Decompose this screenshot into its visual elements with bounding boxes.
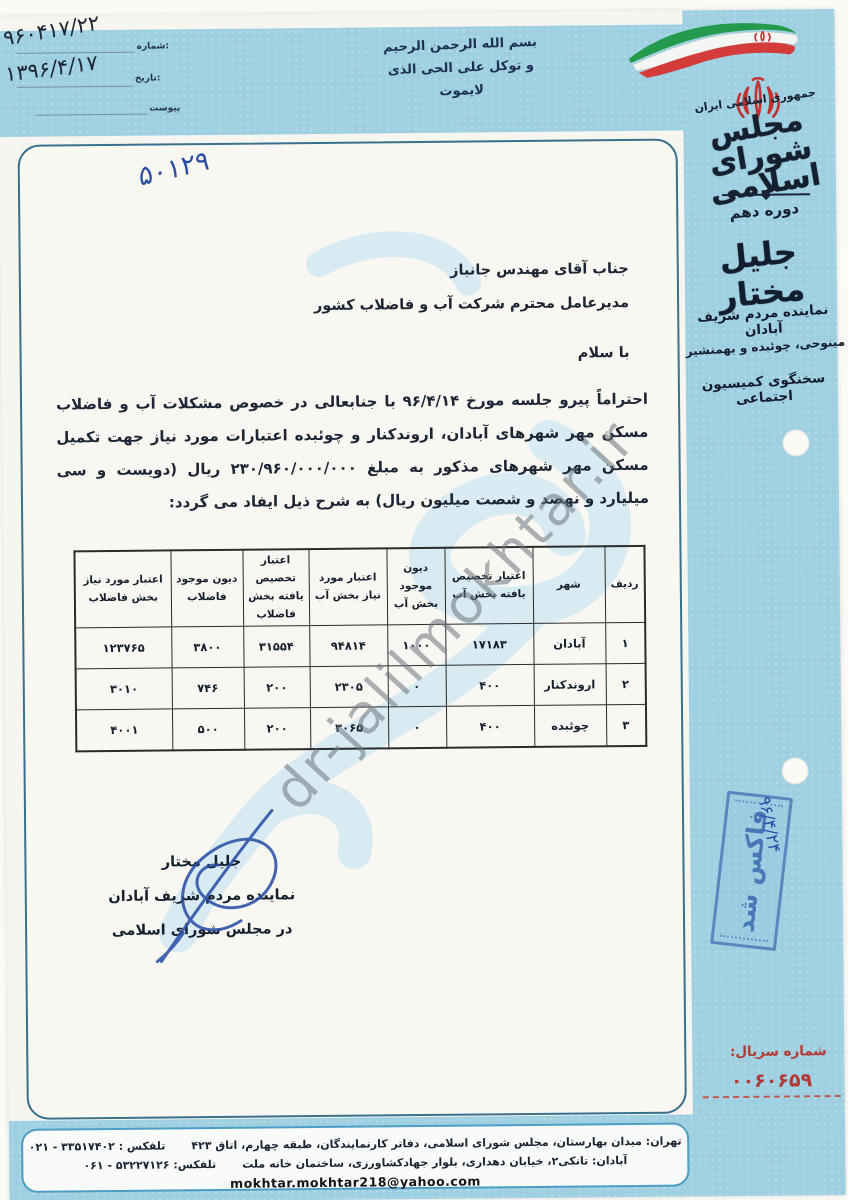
date-field-label: تاریخ:: [135, 73, 161, 83]
table-header-cell: اعتبار مورد نیاز بخش آب: [308, 548, 387, 626]
number-field-label: شماره:: [137, 41, 169, 51]
table-header-cell: اعتبار تخصیص یافته بخش فاضلاب: [242, 549, 309, 627]
table-header-cell: اعتبار مورد نیاز بخش فاضلاب: [74, 550, 171, 628]
table-cell: آبادان: [533, 623, 605, 665]
table-cell: ۰: [388, 666, 446, 708]
bismillah-line2: و توکل علی الحی الذی لایموت: [369, 54, 553, 106]
table-row: ۲اروندکنار۴۰۰۰۲۳۰۵۲۰۰۷۴۶۳۰۱۰: [76, 664, 646, 710]
table-header-cell: دیون موجود فاضلاب: [170, 550, 243, 628]
letterhead-paper: ۹۶۰۴۱۷/۲۲ شماره: ۱۳۹۶/۴/۱۷ تاریخ: پیوست …: [0, 9, 846, 1200]
abadan-fax: تلفکس: ۵۳۲۲۷۱۲۶ - ۰۶۱: [83, 1155, 216, 1176]
table-cell: ۰: [388, 707, 446, 749]
stamp-ornament-bottom: [720, 935, 768, 942]
table-header-cell: ردیف: [604, 546, 645, 623]
table-cell: ۵۰۰: [172, 709, 244, 751]
table-cell: ۲: [606, 664, 646, 705]
credits-table-body: ۱آبادان۱۷۱۸۳۱۰۰۰۹۴۸۱۴۳۱۵۵۴۳۸۰۰۱۲۳۷۶۵۲ارو…: [75, 623, 646, 751]
handwritten-incoming-number: ۵۰۱۲۹: [137, 145, 211, 193]
tehran-fax: تلفکس : ۳۳۵۱۷۴۰۲ - ۰۲۱: [29, 1136, 166, 1157]
table-cell: ۲۳۰۵: [310, 666, 388, 708]
signature-block: جلیل مختار نماینده مردم شریف آبادان در م…: [82, 844, 321, 948]
letter-body-paragraph: احتراماً پیرو جلسه مورخ ۹۶/۴/۱۴ با جنابع…: [56, 383, 649, 521]
table-cell: ۴۰۰۱: [76, 709, 172, 751]
table-cell: ۲۰۰: [244, 667, 310, 709]
punch-hole-bottom: [781, 757, 808, 784]
table-row: ۳چوئبده۴۰۰۰۳۰۶۵۲۰۰۵۰۰۴۰۰۱: [76, 705, 646, 751]
signature-name: جلیل مختار: [82, 844, 320, 880]
addressee-line1: جناب آقای مهندس جانباز: [450, 261, 629, 279]
table-cell: ۱۷۱۸۳: [445, 624, 533, 666]
scanned-letter-page: { "colors": { "paper_blue": "#9fd0e1", "…: [0, 0, 848, 1200]
table-cell: چوئبده: [534, 705, 606, 747]
table-cell: ۱۲۳۷۶۵: [75, 627, 171, 669]
table-cell: ۳۱۵۵۴: [243, 626, 309, 668]
credits-table-head-row: ردیفشهراعتبار تخصیص یافته بخش آبدیون موج…: [74, 546, 645, 628]
signature-title1: نماینده مردم شریف آبادان: [83, 878, 321, 914]
punch-hole-top: [782, 429, 809, 456]
signature-title2: در مجلس شورای اسلامی: [83, 912, 321, 948]
salutation: با سلام: [578, 345, 630, 361]
table-header-cell: اعتبار تخصیص یافته بخش آب: [444, 547, 533, 625]
letter-body-box: ۵۰۱۲۹ جناب آقای مهندس جانباز مدیرعامل مح…: [18, 139, 687, 1120]
table-cell: ۴۰۰: [446, 665, 534, 707]
serial-number-value: ۰۰۶۰۶۵۹: [702, 1069, 840, 1098]
addressee-line2: مدیرعامل محترم شرکت آب و فاضلاب کشور: [314, 295, 629, 314]
table-cell: ۱۰۰۰: [387, 625, 445, 667]
footer-contact-box: تهران: میدان بهارستان، مجلس شورای اسلامی…: [21, 1122, 690, 1192]
table-header-cell: دیون موجود بخش آب: [386, 548, 445, 625]
table-cell: ۳۰۱۰: [76, 668, 172, 710]
table-cell: ۹۴۸۱۴: [309, 625, 387, 667]
table-cell: ۴۰۰: [446, 706, 534, 748]
table-cell: ۱: [605, 623, 645, 664]
table-cell: ۲۰۰: [244, 708, 310, 750]
table-cell: ۳: [606, 705, 646, 746]
credits-table: ردیفشهراعتبار تخصیص یافته بخش آبدیون موج…: [73, 545, 647, 752]
attachment-field-label: پیوست: [149, 103, 180, 113]
table-row: ۱آبادان۱۷۱۸۳۱۰۰۰۹۴۸۱۴۳۱۵۵۴۳۸۰۰۱۲۳۷۶۵: [75, 623, 645, 669]
table-cell: ۳۸۰۰: [171, 627, 243, 669]
table-cell: ۳۰۶۵: [310, 707, 388, 749]
iran-flag-ribbon-icon: [622, 15, 801, 79]
bismillah-block: بسم الله الرحمن الرحیم و توکل علی الحی ا…: [369, 31, 553, 106]
table-cell: ۷۴۶: [172, 668, 244, 710]
table-cell: اروندکنار: [534, 664, 606, 706]
abadan-address: آبادان: تانکی۲، خیابان دهداری، بلوار جها…: [242, 1151, 627, 1174]
table-header-cell: شهر: [532, 546, 605, 624]
serial-number-label: شماره سریال:: [720, 1043, 836, 1060]
